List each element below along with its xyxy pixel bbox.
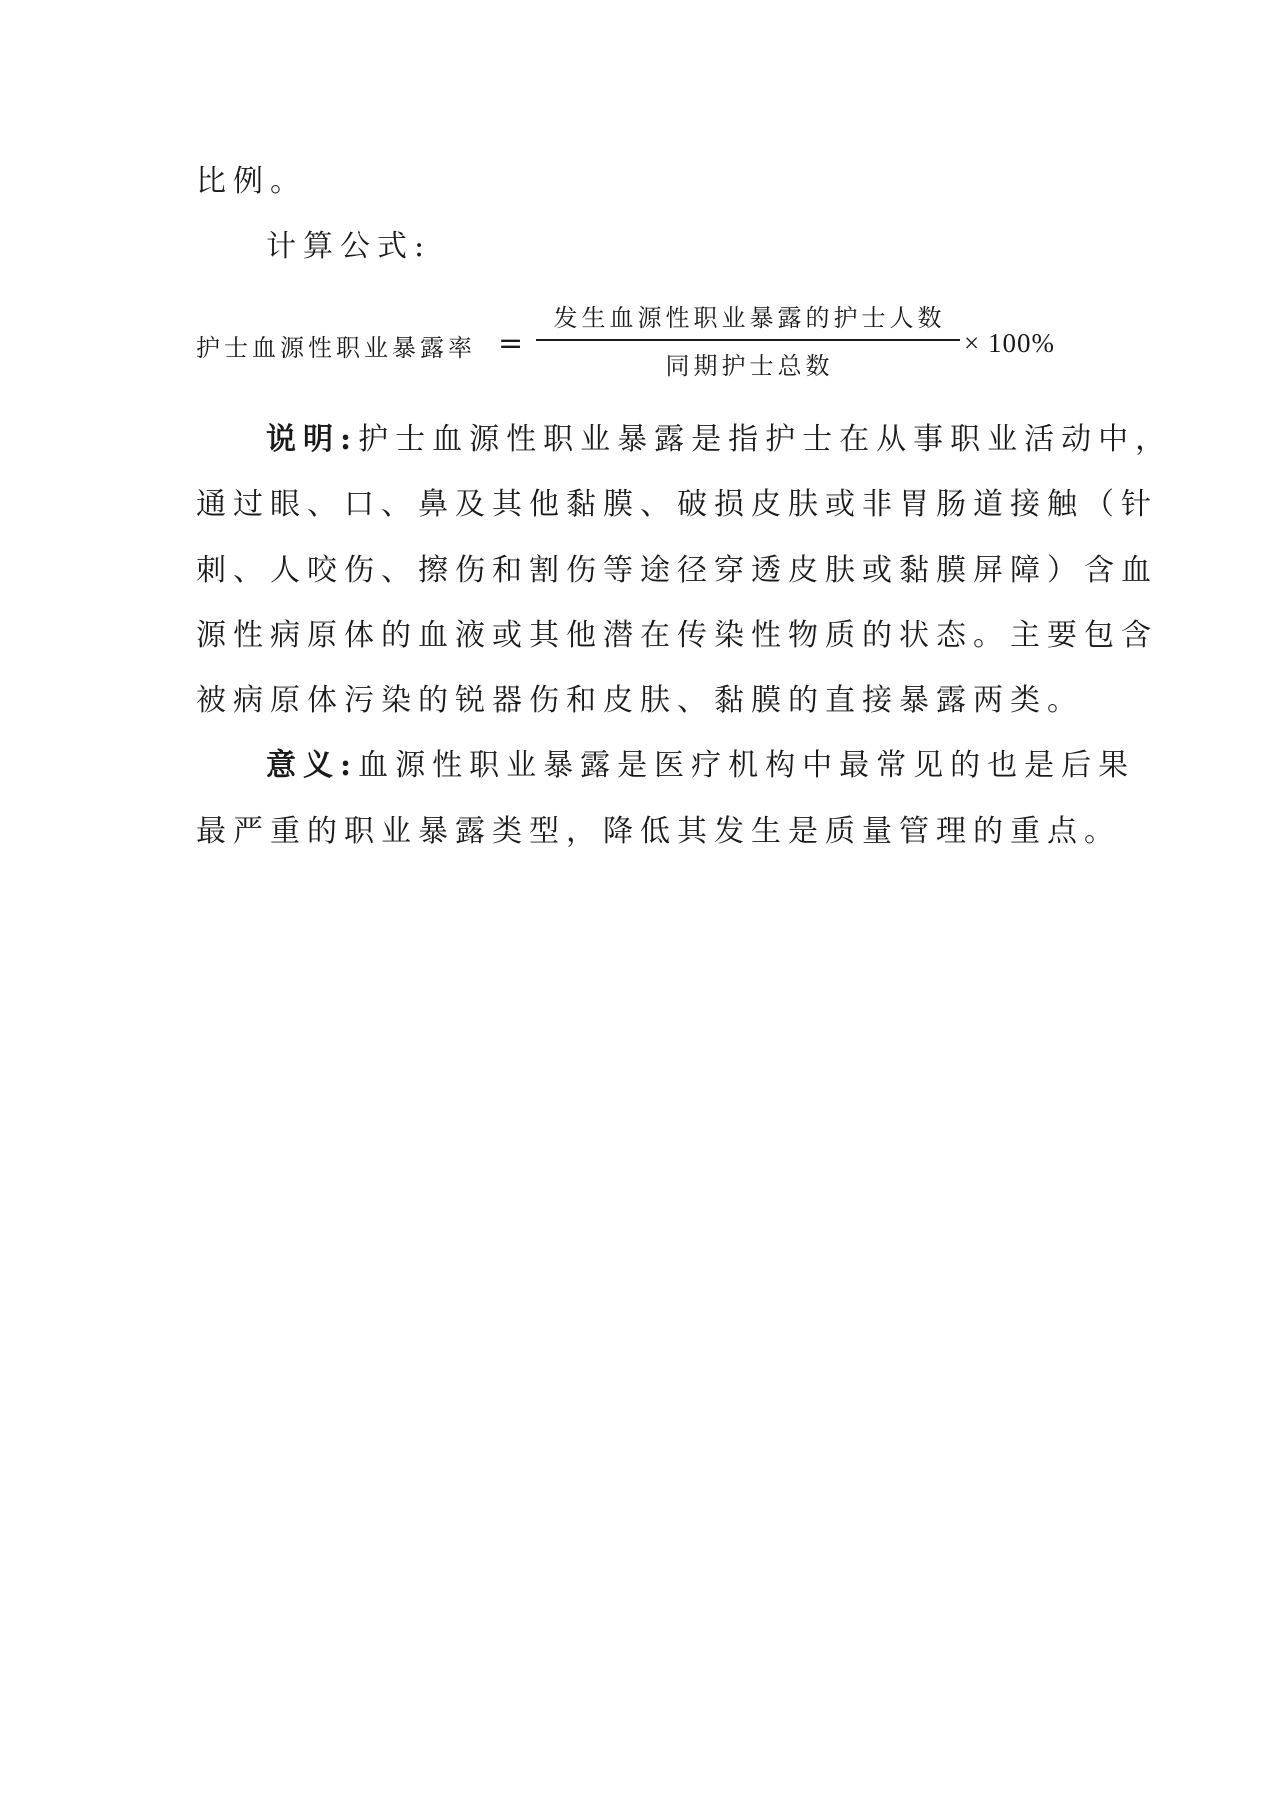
explanation-paragraph-line-1: 说明:护士血源性职业暴露是指护士在从事职业活动中， (266, 420, 1166, 460)
significance-label: 意义: (266, 748, 358, 783)
formula-multiplier: × 100% (964, 328, 1055, 359)
formula-heading: 计算公式: (266, 227, 1166, 267)
formula-equals: = (498, 326, 527, 361)
explanation-line: 被病原体污染的锐器伤和皮肤、黏膜的直接暴露两类。 (196, 681, 1096, 721)
explanation-text: 护士血源性职业暴露是指护士在从事职业活动中， (358, 422, 1172, 457)
significance-text: 血源性职业暴露是医疗机构中最常见的也是后果 (358, 748, 1135, 783)
significance-paragraph-line-1: 意义:血源性职业暴露是医疗机构中最常见的也是后果 (266, 746, 1166, 786)
explanation-line: 源性病原体的血液或其他潜在传染性物质的状态。主要包含 (196, 616, 1096, 656)
formula-numerator: 发生血源性职业暴露的护士人数 (536, 298, 963, 333)
rate-formula: 护士血源性职业暴露率 = 发生血源性职业暴露的护士人数 同期护士总数 × 100… (196, 298, 1096, 398)
document-page: 比例。 计算公式: 护士血源性职业暴露率 = 发生血源性职业暴露的护士人数 同期… (0, 0, 1280, 1810)
formula-lhs: 护士血源性职业暴露率 (196, 328, 476, 363)
paragraph-continuation: 比例。 (196, 162, 1096, 202)
fraction-bar (536, 339, 960, 341)
explanation-line: 通过眼、口、鼻及其他黏膜、破损皮肤或非胃肠道接触（针 (196, 485, 1096, 525)
significance-line: 最严重的职业暴露类型，降低其发生是质量管理的重点。 (196, 812, 1096, 852)
formula-denominator: 同期护士总数 (536, 346, 963, 381)
explanation-line: 刺、人咬伤、擦伤和割伤等途径穿透皮肤或黏膜屏障）含血 (196, 551, 1096, 591)
explanation-label: 说明: (266, 422, 358, 457)
